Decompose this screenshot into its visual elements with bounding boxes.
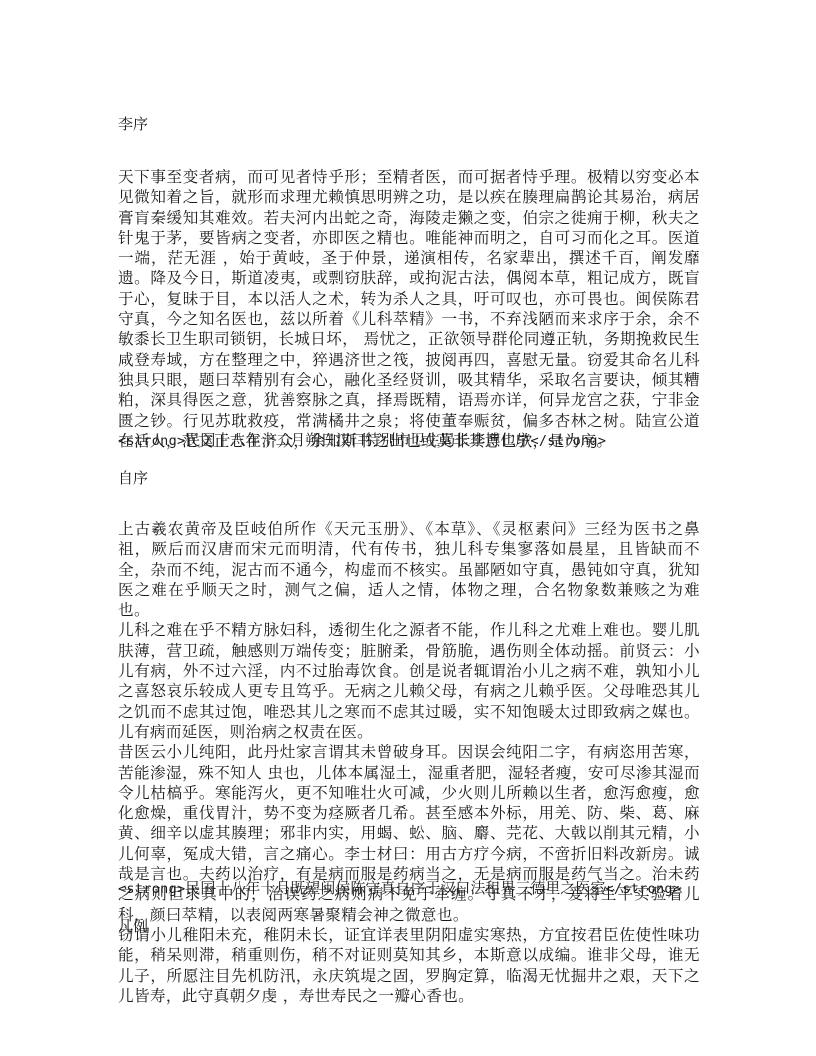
section-title-self-preface: 自序 bbox=[118, 468, 148, 488]
strong-open-tag: <strong> bbox=[118, 881, 185, 897]
paragraph: 儿科之难在乎不精方脉妇科，透彻生化之源者不能，作儿科之尤难上难也。婴儿肌肤薄，营… bbox=[118, 620, 700, 742]
paragraph: 窃谓小儿稚阳未充，稚阴未长，证宜详表里阴阳虚实寒热，方宜按君臣佐使性味功能，稍呆… bbox=[118, 925, 700, 1006]
li-preface-body: 天下事至变者病，而可见者恃乎形；至精者医，而可据者恃乎理。极精以穷变必本见微知着… bbox=[118, 167, 700, 451]
section-title-general-rules: 凡例 bbox=[118, 916, 148, 936]
signature-text: 民国十八年十二月朔日汉口特别市卫生局长李博仁序 bbox=[185, 431, 530, 449]
self-preface-signature: <strong>民国十八年十月既望闽侯陈守真自序于汉口法租界三德里之医室</st… bbox=[118, 878, 681, 899]
self-preface-body: 上古羲农黄帝及臣岐伯所作《天元玉册》、《本草》、《灵枢素问》三经为医书之鼻祖，厥… bbox=[118, 519, 700, 1006]
document-page: 李序 天下事至变者病，而可见者恃乎形；至精者医，而可据者恃乎理。极精以穷变必本见… bbox=[0, 0, 816, 1056]
li-preface-signature: <strong>民国十八年十二月朔日汉口特别市卫生局长李博仁序</strong> bbox=[118, 430, 606, 451]
paragraph: 天下事至变者病，而可见者恃乎形；至精者医，而可据者恃乎理。极精以穷变必本见微知着… bbox=[118, 167, 700, 451]
section-title-li-preface: 李序 bbox=[118, 114, 148, 134]
strong-open-tag: <strong> bbox=[118, 433, 185, 449]
signature-text: 民国十八年十月既望闽侯陈守真自序于汉口法租界三德里之医室 bbox=[185, 879, 605, 897]
strong-close-tag: </strong> bbox=[530, 433, 606, 449]
paragraph: 上古羲农黄帝及臣岐伯所作《天元玉册》、《本草》、《灵枢素问》三经为医书之鼻祖，厥… bbox=[118, 519, 700, 620]
strong-close-tag: </strong> bbox=[605, 881, 681, 897]
